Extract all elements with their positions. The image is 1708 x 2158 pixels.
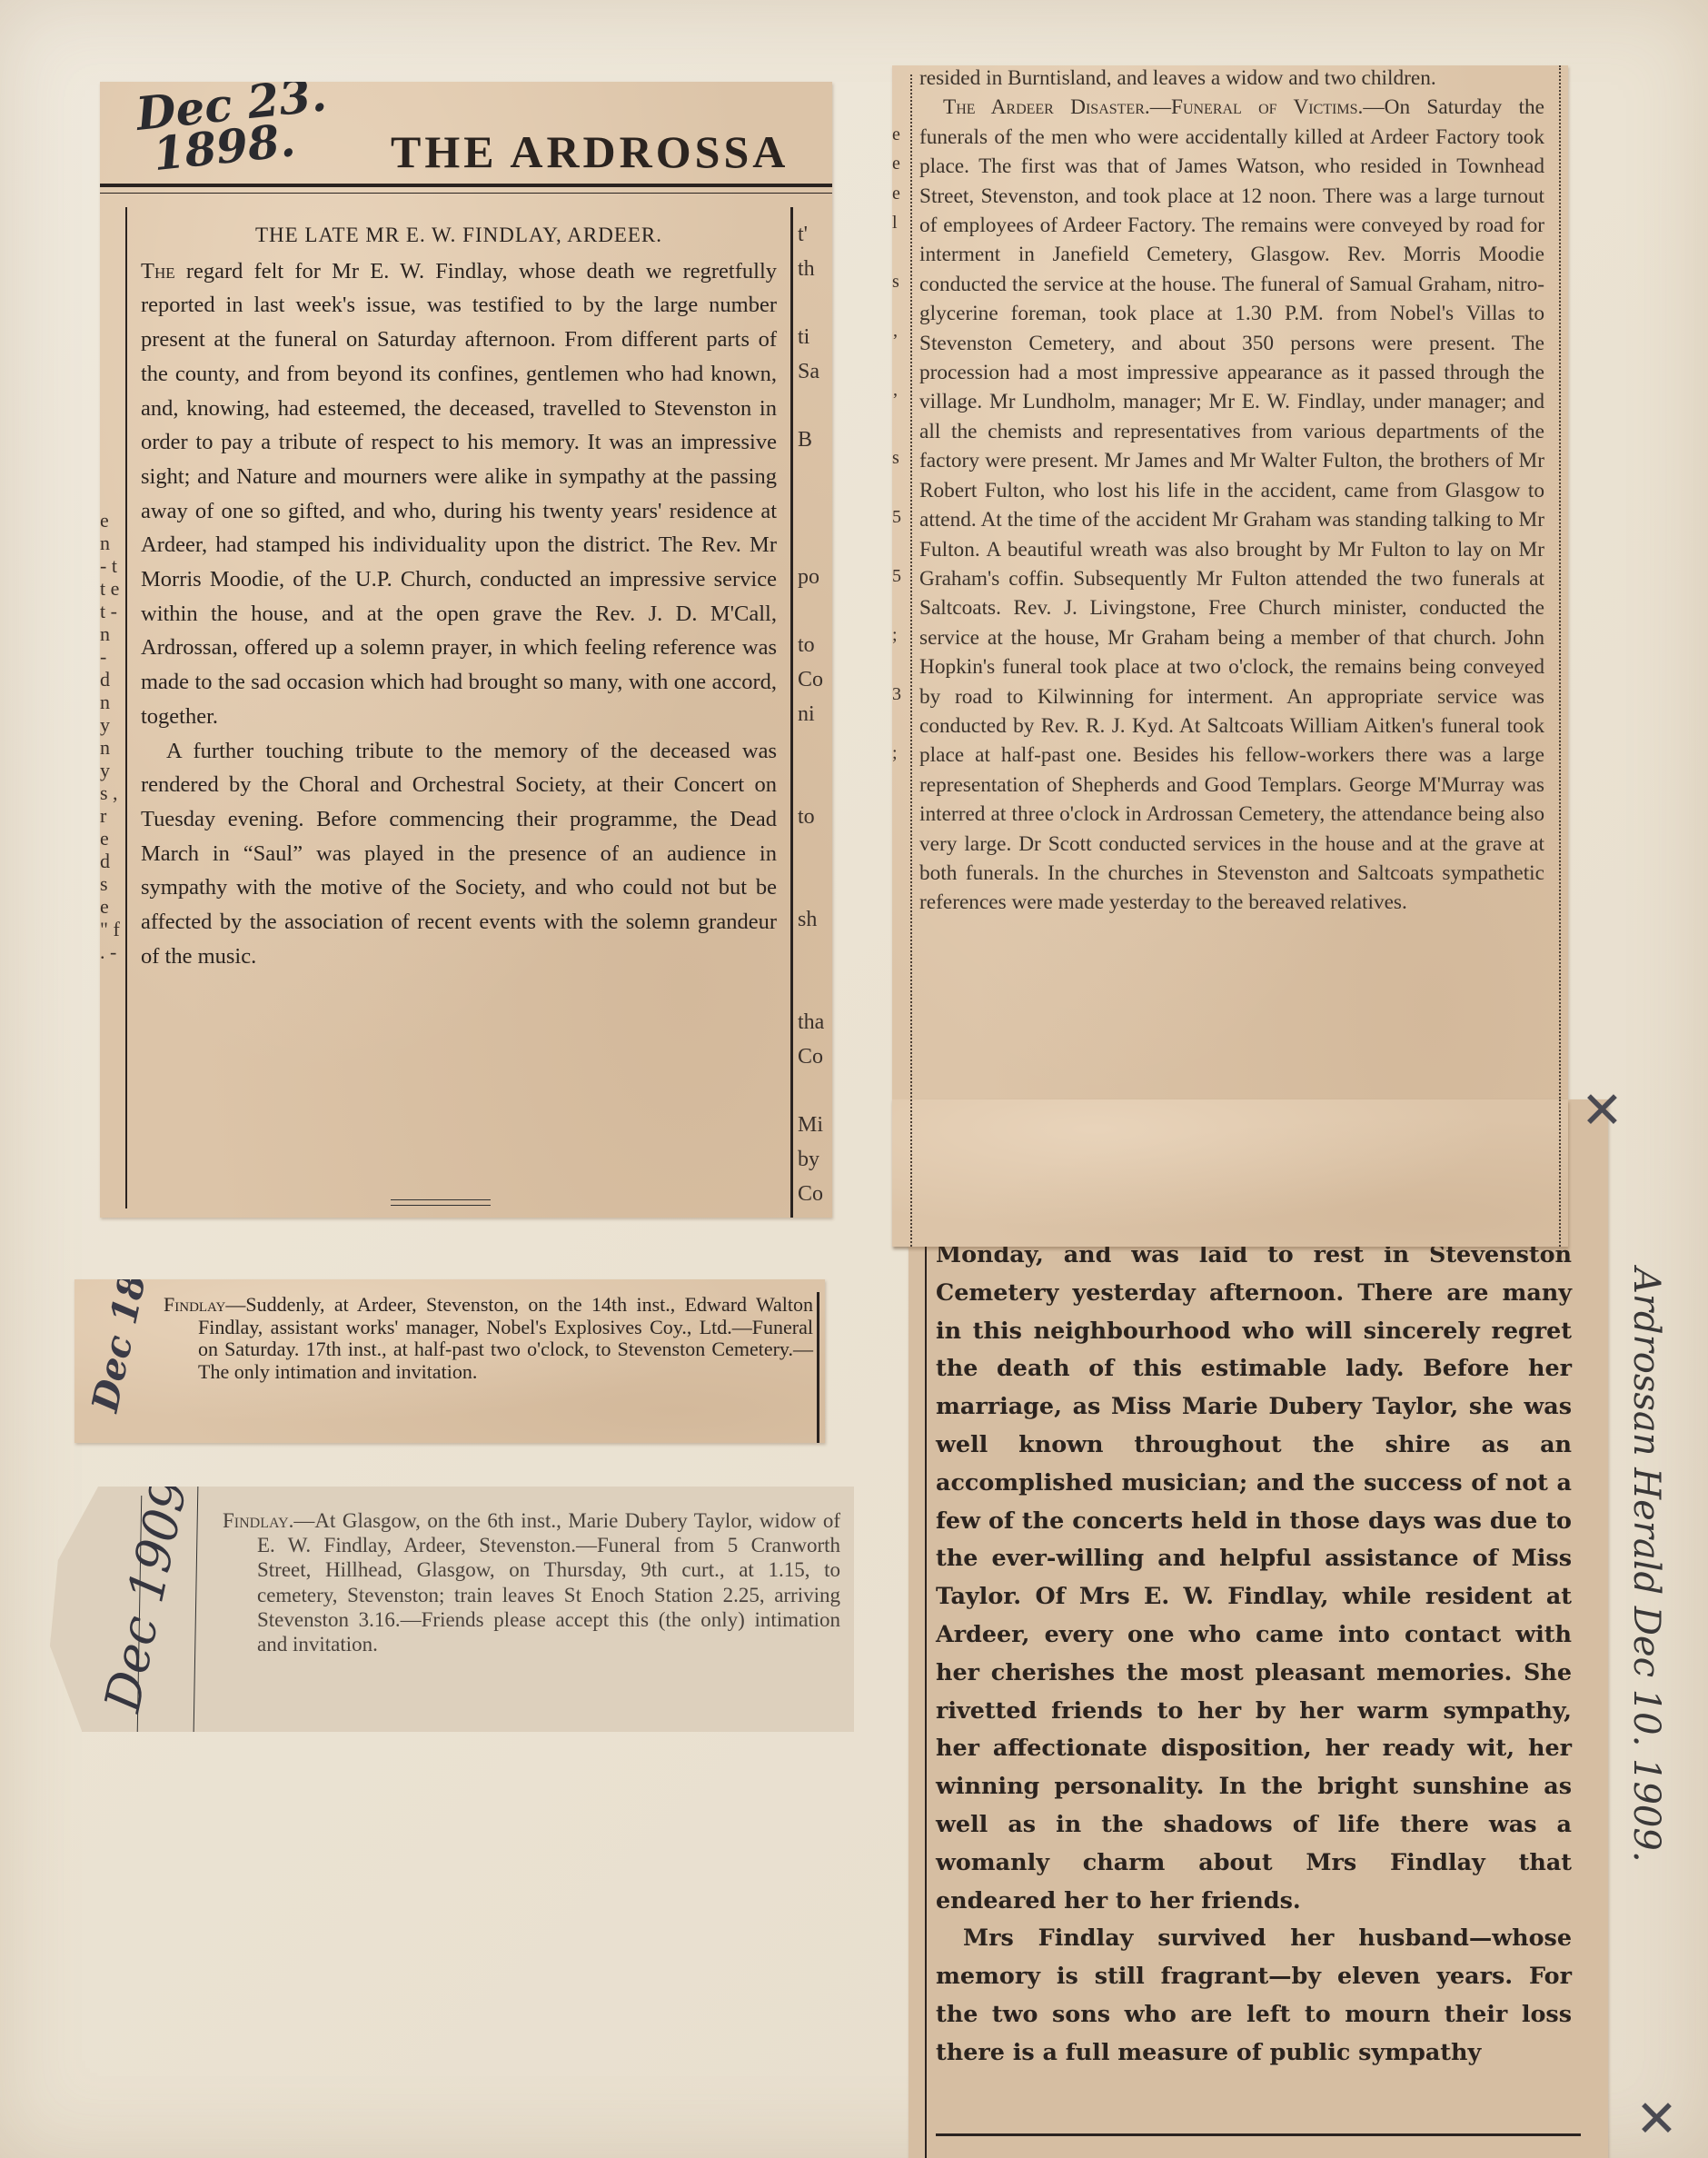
end-rule bbox=[936, 2133, 1581, 2136]
notice-surname: Findlay. bbox=[223, 1509, 293, 1532]
handwritten-source-annotation: Ardrossan Herald Dec 10. 1909. bbox=[1625, 1268, 1667, 1863]
masthead-rule bbox=[100, 184, 832, 187]
left-column-fragments: e e e l s ’ ’ s 5 5 ; 3 ; bbox=[892, 120, 901, 768]
handwritten-date: Dec 23. 1898. bbox=[134, 82, 333, 177]
article-paragraph-2: A further touching tribute to the memory… bbox=[141, 734, 777, 974]
handwritten-date: Dec 1898 bbox=[84, 1279, 165, 1416]
previous-item-ending: resided in Burntisland, and leaves a wid… bbox=[919, 65, 1544, 93]
handwritten-date: Dec 1909. bbox=[94, 1487, 202, 1716]
column-rule-left bbox=[910, 75, 912, 1247]
left-column-fragments: e n - t t e t - n - d n y n y s , r e d … bbox=[100, 509, 120, 963]
article-paragraph-1: Monday, and was laid to rest in Stevenst… bbox=[936, 1236, 1572, 1919]
article-heading: The Ardeer Disaster.—Funeral of Victims. bbox=[943, 95, 1363, 119]
clipping-ardeer-disaster-overlap bbox=[892, 1099, 1568, 1247]
notice-content: —At Glasgow, on the 6th inst., Marie Dub… bbox=[257, 1509, 840, 1656]
drop-lead-word: The bbox=[141, 259, 175, 283]
notice-body: Findlay.—At Glasgow, on the 6th inst., M… bbox=[223, 1508, 840, 1656]
notice-body: Findlay—Suddenly, at Ardeer, Stevenston,… bbox=[164, 1294, 813, 1383]
article-body: resided in Burntisland, and leaves a wid… bbox=[919, 65, 1544, 918]
masthead-rule-thin bbox=[100, 193, 832, 194]
adjacent-column-fragments: t' th ti Sa B po to Co ni to sh tha Co M… bbox=[798, 218, 824, 1218]
notice-text: Findlay.—At Glasgow, on the 6th inst., M… bbox=[223, 1508, 840, 1656]
clipping-death-notice-1898: Dec 1898 Findlay—Suddenly, at Ardeer, St… bbox=[74, 1279, 825, 1443]
column-rule-left bbox=[125, 207, 127, 1208]
column-rule-right bbox=[790, 207, 793, 1218]
ruled-line bbox=[194, 1487, 199, 1732]
cross-mark-icon: ✕ bbox=[1635, 2090, 1678, 2149]
paragraph-text: —On Saturday the funerals of the men who… bbox=[919, 95, 1544, 914]
end-rule bbox=[391, 1199, 491, 1200]
notice-text: Findlay—Suddenly, at Ardeer, Stevenston,… bbox=[164, 1294, 813, 1383]
paragraph-text: regard felt for Mr E. W. Findlay, whose … bbox=[141, 259, 777, 729]
notice-content: —Suddenly, at Ardeer, Stevenston, on the… bbox=[198, 1293, 813, 1383]
newspaper-masthead: THE ARDROSSA bbox=[391, 125, 789, 178]
article-paragraph-2: Mrs Findlay survived her husband—whose m… bbox=[936, 1919, 1572, 2071]
column-rule-right bbox=[817, 1292, 819, 1443]
article-body: Monday, and was laid to rest in Stevenst… bbox=[936, 1236, 1572, 2072]
clipping-obituary-article-1898: Dec 23. 1898. THE ARDROSSA e n - t t e t… bbox=[100, 82, 832, 1218]
article-body: THE LATE MR E. W. FINDLAY, ARDEER. The r… bbox=[141, 218, 777, 973]
article-paragraph: The Ardeer Disaster.—Funeral of Victims.… bbox=[919, 93, 1544, 917]
clipping-death-notice-1909: Dec 1909. Findlay.—At Glasgow, on the 6t… bbox=[50, 1487, 854, 1732]
column-rule-right bbox=[1559, 65, 1561, 1247]
cross-mark-icon: ✕ bbox=[1581, 1081, 1624, 1140]
column-rule-right bbox=[1559, 1099, 1561, 1247]
column-rule-left bbox=[910, 1099, 912, 1247]
article-paragraph-1: The regard felt for Mr E. W. Findlay, wh… bbox=[141, 254, 777, 734]
column-rule-left bbox=[925, 1118, 927, 2158]
notice-surname: Findlay bbox=[164, 1293, 225, 1316]
article-headline: THE LATE MR E. W. FINDLAY, ARDEER. bbox=[141, 218, 777, 253]
clipping-ardeer-disaster-funerals: e e e l s ’ ’ s 5 5 ; 3 ; resided in Bur… bbox=[892, 65, 1568, 1247]
clipping-mrs-findlay-obituary-1909: I... Pr... S... F... ...gow ... Monday, … bbox=[909, 1099, 1608, 2158]
end-rule bbox=[391, 1205, 491, 1206]
